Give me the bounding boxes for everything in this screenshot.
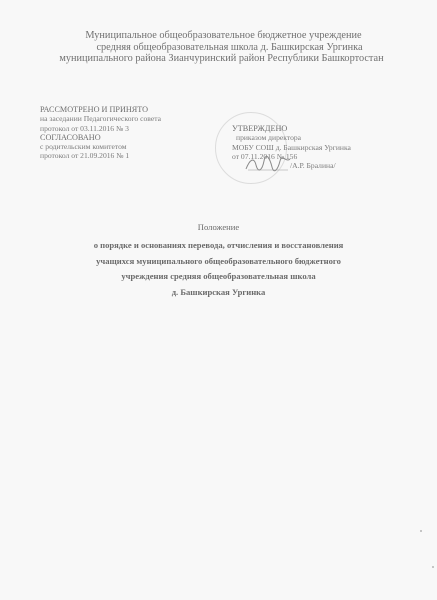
document-title: Положение: [0, 222, 437, 232]
signer-name: /А.Р. Бралина/: [290, 161, 336, 170]
subtitle-line: о порядке и основаниях перевода, отчисле…: [0, 238, 437, 254]
parent-committee-text: с родительским комитетом: [40, 142, 161, 151]
document-page: Муниципальное общеобразовательное бюджет…: [0, 0, 437, 600]
committee-protocol-text: протокол от 21.09.2016 № 1: [40, 151, 161, 160]
subtitle-line: учащихся муниципального общеобразователь…: [0, 254, 437, 270]
subtitle-line: д. Башкирская Ургинка: [0, 285, 437, 301]
director-order-text: приказом директора: [232, 133, 351, 142]
agreed-caption: СОГЛАСОВАНО: [40, 133, 161, 142]
council-meeting-text: на заседании Педагогического совета: [40, 114, 161, 123]
council-protocol-text: протокол от 03.11.2016 № 3: [40, 124, 161, 133]
considered-caption: РАССМОТРЕНО И ПРИНЯТО: [40, 105, 161, 114]
scan-speck: [432, 566, 434, 568]
considered-approved-block: РАССМОТРЕНО И ПРИНЯТО на заседании Педаг…: [40, 105, 161, 161]
document-subtitle: о порядке и основаниях перевода, отчисле…: [0, 238, 437, 300]
header-line: муниципального района Зианчуринский райо…: [0, 53, 437, 65]
signature-icon: [244, 155, 292, 173]
header-line: Муниципальное общеобразовательное бюджет…: [0, 30, 437, 42]
institution-header: Муниципальное общеобразовательное бюджет…: [0, 30, 437, 65]
subtitle-line: учреждения средняя общеобразовательная ш…: [0, 269, 437, 285]
school-name-text: МОБУ СОШ д. Башкирская Ургинка: [232, 143, 351, 152]
signature-line: /А.Р. Бралина/: [232, 161, 351, 172]
header-line: средняя общеобразовательная школа д. Баш…: [0, 42, 437, 54]
approved-caption: УТВЕРЖДЕНО: [232, 124, 351, 133]
scan-speck: [420, 530, 422, 532]
approved-block: УТВЕРЖДЕНО приказом директора МОБУ СОШ д…: [232, 124, 351, 172]
